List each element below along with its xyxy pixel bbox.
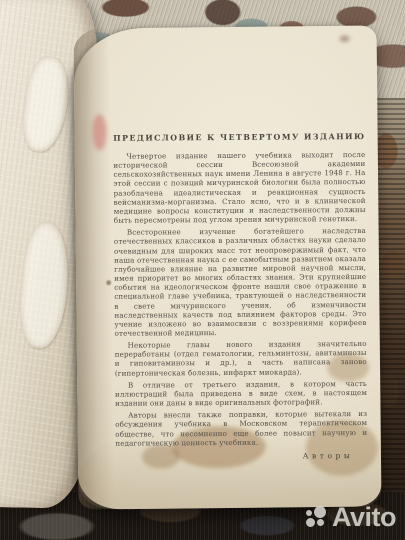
avito-dot	[306, 510, 312, 516]
paper-stain	[340, 36, 350, 42]
avito-dot	[314, 506, 326, 518]
preface-paragraph: Четвертое издание нашего учебника выходи…	[113, 150, 366, 225]
authors-signature: Авторы	[115, 451, 367, 462]
gutter-shadow	[73, 28, 114, 509]
pink-smudge-stain	[92, 114, 106, 150]
book-photo-scene: ПРЕДИСЛОВИЕ К ЧЕТВЕРТОМУ ИЗДАНИЮ Четверт…	[0, 0, 405, 540]
book-page: ПРЕДИСЛОВИЕ К ЧЕТВЕРТОМУ ИЗДАНИЮ Четверт…	[73, 25, 381, 509]
preface-paragraph: Всестороннее изучение богатейшего наслед…	[114, 226, 367, 338]
torn-paper-patch	[16, 220, 73, 350]
avito-watermark-label: Avito	[332, 504, 396, 531]
torn-paper-patch	[19, 54, 73, 154]
preface-paragraph: В отличие от третьего издания, в котором…	[115, 379, 367, 408]
page-title: ПРЕДИСЛОВИЕ К ЧЕТВЕРТОМУ ИЗДАНИЮ	[113, 132, 365, 143]
preface-text-block: ПРЕДИСЛОВИЕ К ЧЕТВЕРТОМУ ИЗДАНИЮ Четверт…	[113, 132, 367, 462]
paper-stain	[106, 280, 111, 285]
avito-dots-icon	[305, 506, 328, 529]
preface-paragraph: Авторы внесли также поправки, которые вы…	[115, 409, 367, 447]
preface-paragraph: Некоторые главы нового издания значитель…	[115, 339, 367, 377]
avito-dot	[306, 518, 315, 527]
avito-watermark: Avito	[305, 504, 396, 531]
avito-dot	[317, 519, 324, 526]
